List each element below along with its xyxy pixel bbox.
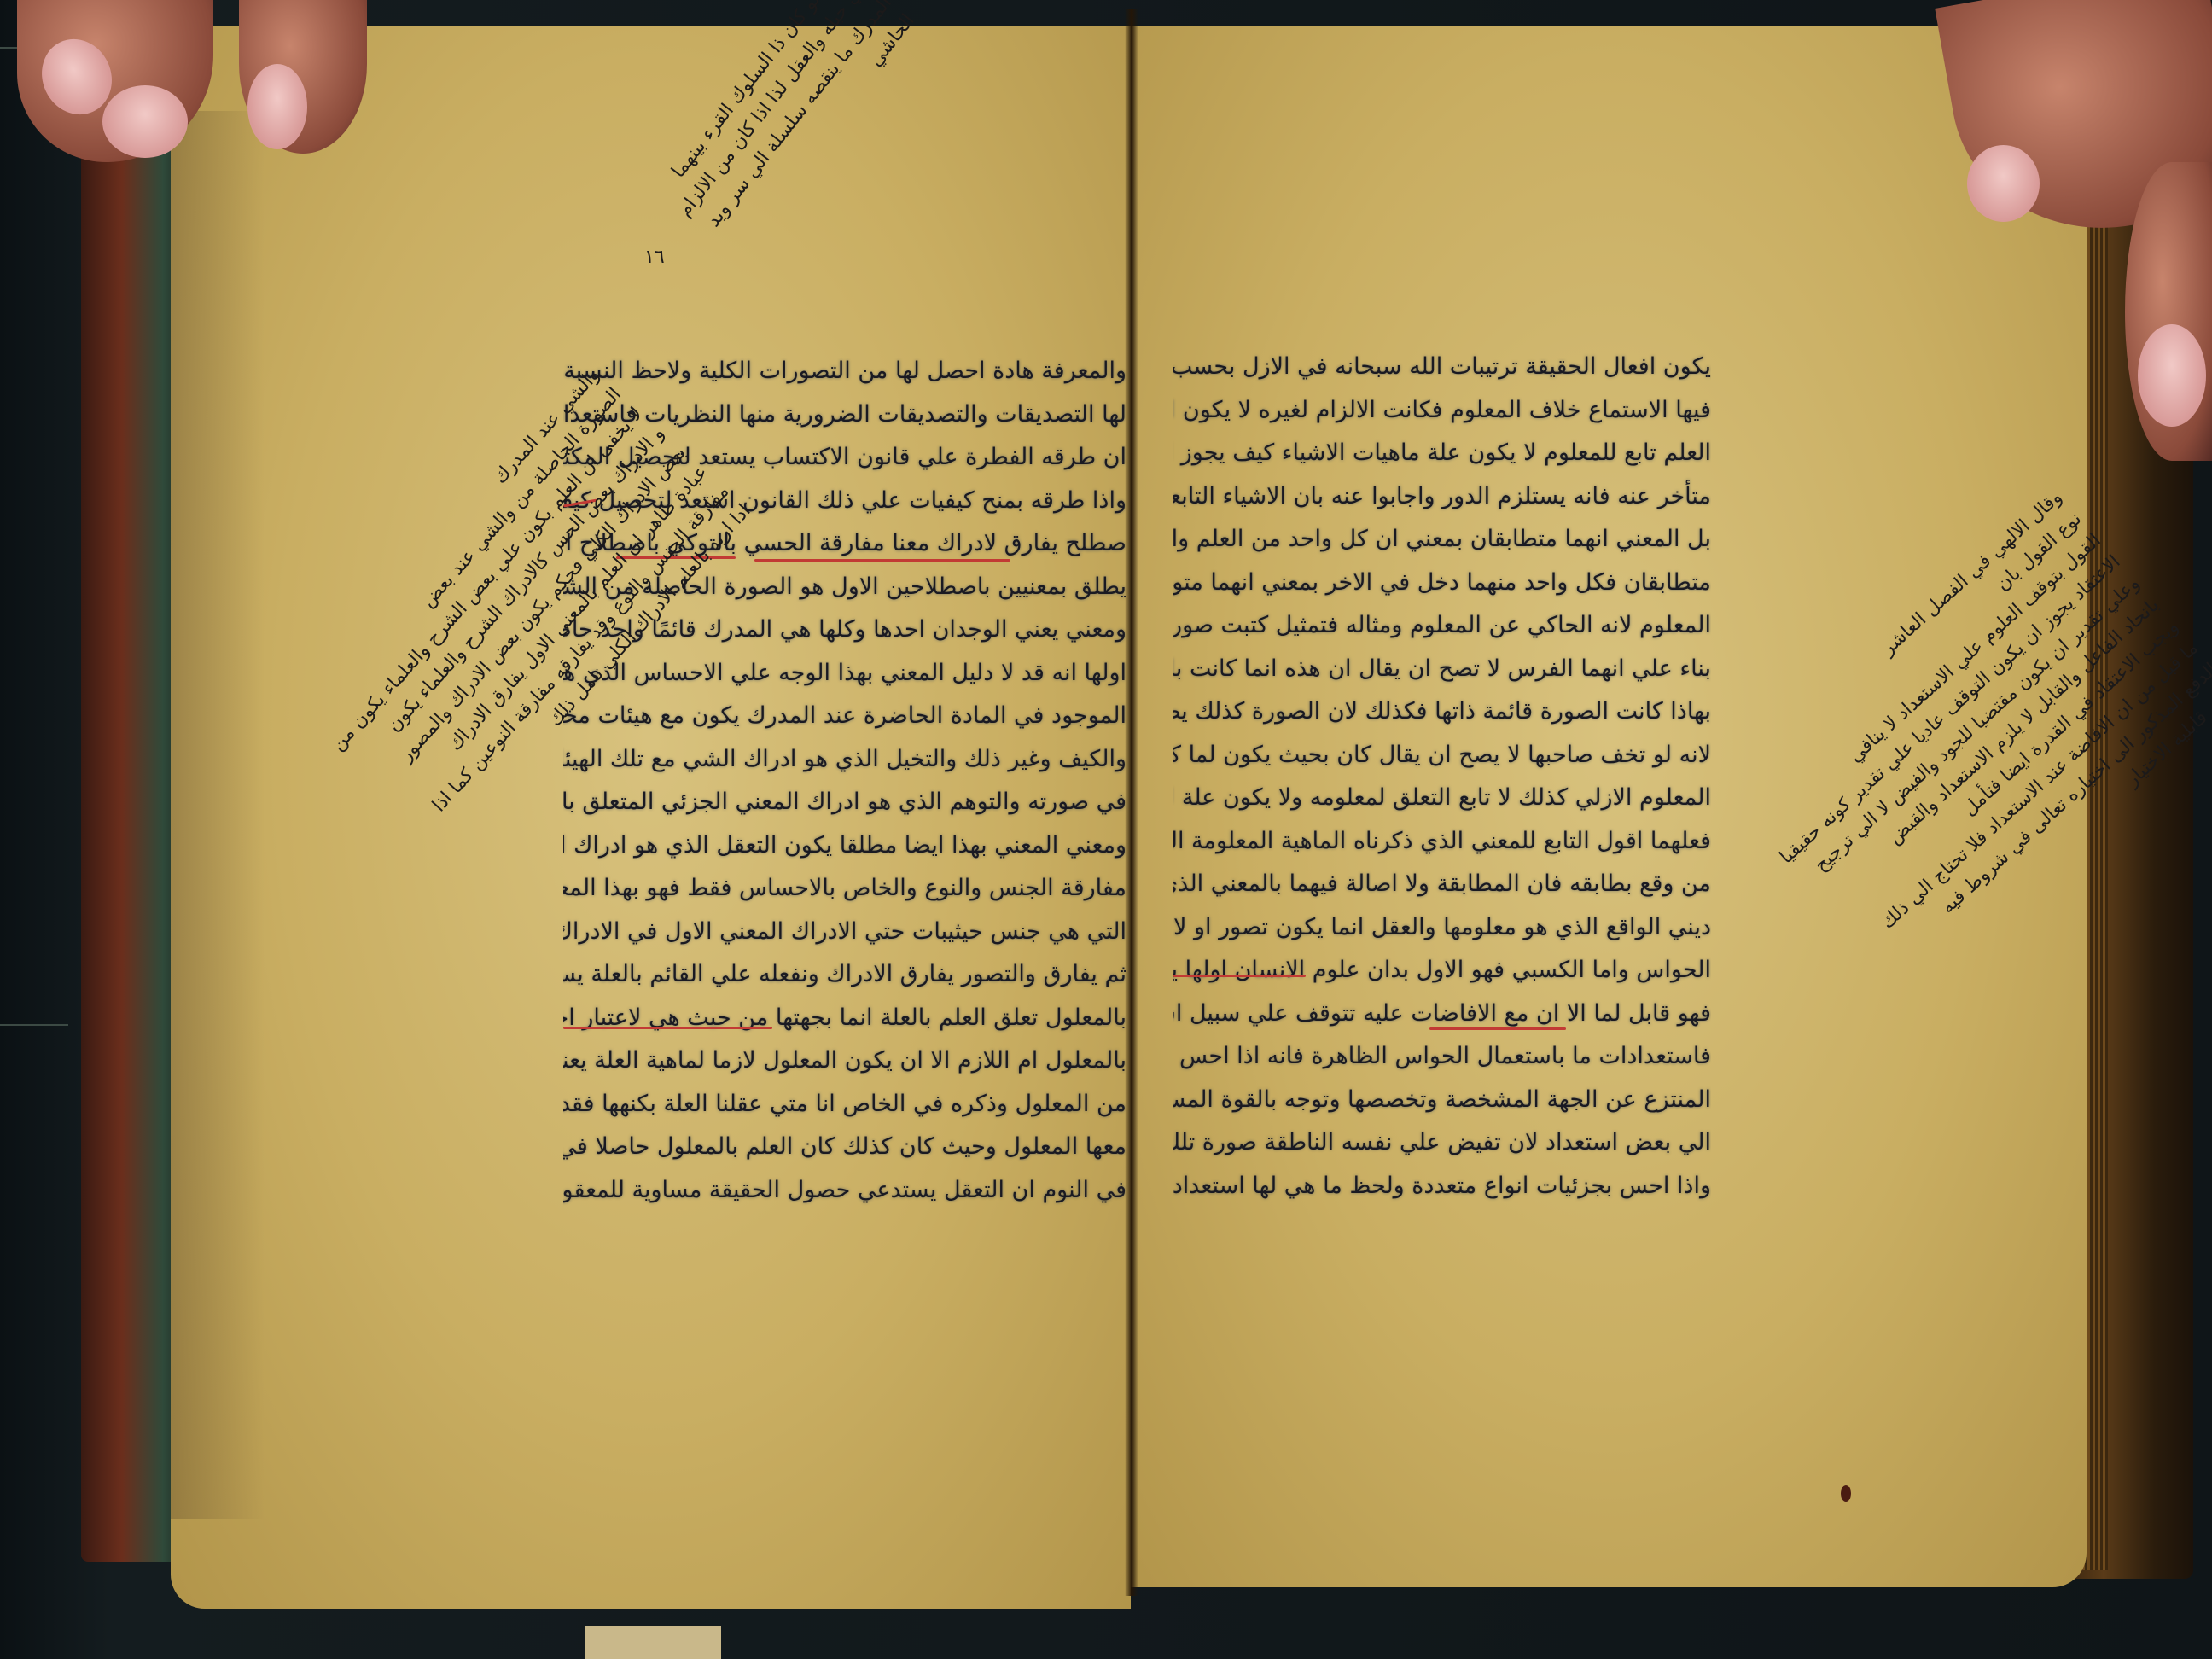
text-line: من المعلول وذكره في الخاص انا متي عقلنا … (563, 1083, 1126, 1126)
text-line: فاستعدادات ما باستعمال الحواس الظاهرة فا… (1173, 1035, 1711, 1079)
text-line: والمعرفة هادة احصل لها من التصورات الكلي… (563, 350, 1126, 393)
text-line: المنتزع عن الجهة المشخصة وتخصصها وتوجه ب… (1173, 1079, 1711, 1122)
text-line: بالمعلول ام اللازم الا ان يكون المعلول ل… (563, 1039, 1126, 1083)
rubric-underline (1173, 975, 1306, 977)
book-cover-left (81, 94, 183, 1562)
right-page-main-text: يكون افعال الحقيقة ترتيبات الله سبحانه ف… (1173, 346, 1711, 1208)
text-line: بهاذا كانت الصورة قائمة ذاتها فكذلك لان … (1173, 690, 1711, 734)
text-line: الي بعض استعداد لان تفيض علي نفسه الناطق… (1173, 1121, 1711, 1165)
left-page-stain (171, 111, 265, 1519)
ink-stain (1841, 1485, 1851, 1502)
text-line: متأخر عنه فانه يستلزم الدور واجابوا عنه … (1173, 475, 1711, 519)
fingernail (102, 85, 188, 158)
text-line: يكون افعال الحقيقة ترتيبات الله سبحانه ف… (1173, 346, 1711, 389)
fingernail (1967, 145, 2040, 222)
rubric-underline (563, 1027, 772, 1029)
text-line: فيها الاستماع خلاف المعلوم فكانت الالزام… (1173, 389, 1711, 433)
text-line: الموجود في المادة الحاضرة عند المدرك يكو… (563, 695, 1126, 738)
text-line: فعلهما اقول التابع للمعني الذي ذكرناه ال… (1173, 820, 1711, 864)
text-line: معها المعلول وحيث كان كذلك كان العلم بال… (563, 1126, 1126, 1169)
text-line: في صورته والتوهم الذي هو ادراك المعني ال… (563, 781, 1126, 824)
text-line: المعلوم لانه الحاكي عن المعلوم ومثاله فت… (1173, 604, 1711, 648)
text-line: في النوم ان التعقل يستدعي حصول الحقيقة م… (563, 1169, 1126, 1213)
text-line: الحواس واما الكسبي فهو الاول بدان علوم ا… (1173, 949, 1711, 992)
text-line: بل المعني انهما متطابقان بمعني ان كل واح… (1173, 518, 1711, 562)
rubric-underline (754, 559, 1010, 562)
fingernail (2138, 324, 2206, 427)
text-line: التي هي جنس حيثيبات حتي الادراك المعني ا… (563, 911, 1126, 954)
text-line: متطابقان فكل واحد منهما دخل في الاخر بمع… (1173, 562, 1711, 605)
marginal-note-number: ١٦ (644, 243, 665, 272)
text-line: العلم تابع للمعلوم لا يكون علة ماهيات ال… (1173, 432, 1711, 475)
text-line: بناء علي انهما الفرس لا تصح ان يقال ان ه… (1173, 648, 1711, 691)
text-line: مفارقة الجنس والنوع والخاص بالاحساس فقط … (563, 867, 1126, 911)
text-line: المعلوم الازلي كذلك لا تابع التعلق لمعلو… (1173, 777, 1711, 820)
floor-tile-seam (0, 1024, 68, 1026)
text-line: والكيف وغير ذلك والتخيل الذي هو ادراك ال… (563, 738, 1126, 782)
book-gutter (1125, 9, 1138, 1596)
rubric-underline (1429, 1027, 1566, 1030)
text-line: واذا احس بجزئيات انواع متعددة ولحظ ما هي… (1173, 1165, 1711, 1208)
fingernail (247, 64, 307, 149)
text-line: اولها انه قد لا دليل المعني بهذا الوجه ع… (563, 652, 1126, 696)
text-line: لانه لو تخف صاحبها لا يصح ان يقال كان بح… (1173, 734, 1711, 777)
bookmark-strip (585, 1626, 721, 1659)
text-line: ومعني المعني بهذا ايضا مطلقا يكون التعقل… (563, 824, 1126, 868)
text-line: بالمعلول تعلق العلم بالعلة انما بجهتها م… (563, 997, 1126, 1040)
text-line: ديني الواقع الذي هو معلومها والعقل انما … (1173, 906, 1711, 950)
text-line: من وقع بطابقه فان المطابقة ولا اصالة فيه… (1173, 863, 1711, 906)
text-line: ثم يفارق والتصور يفارق الادراك ونفعله عل… (563, 953, 1126, 997)
